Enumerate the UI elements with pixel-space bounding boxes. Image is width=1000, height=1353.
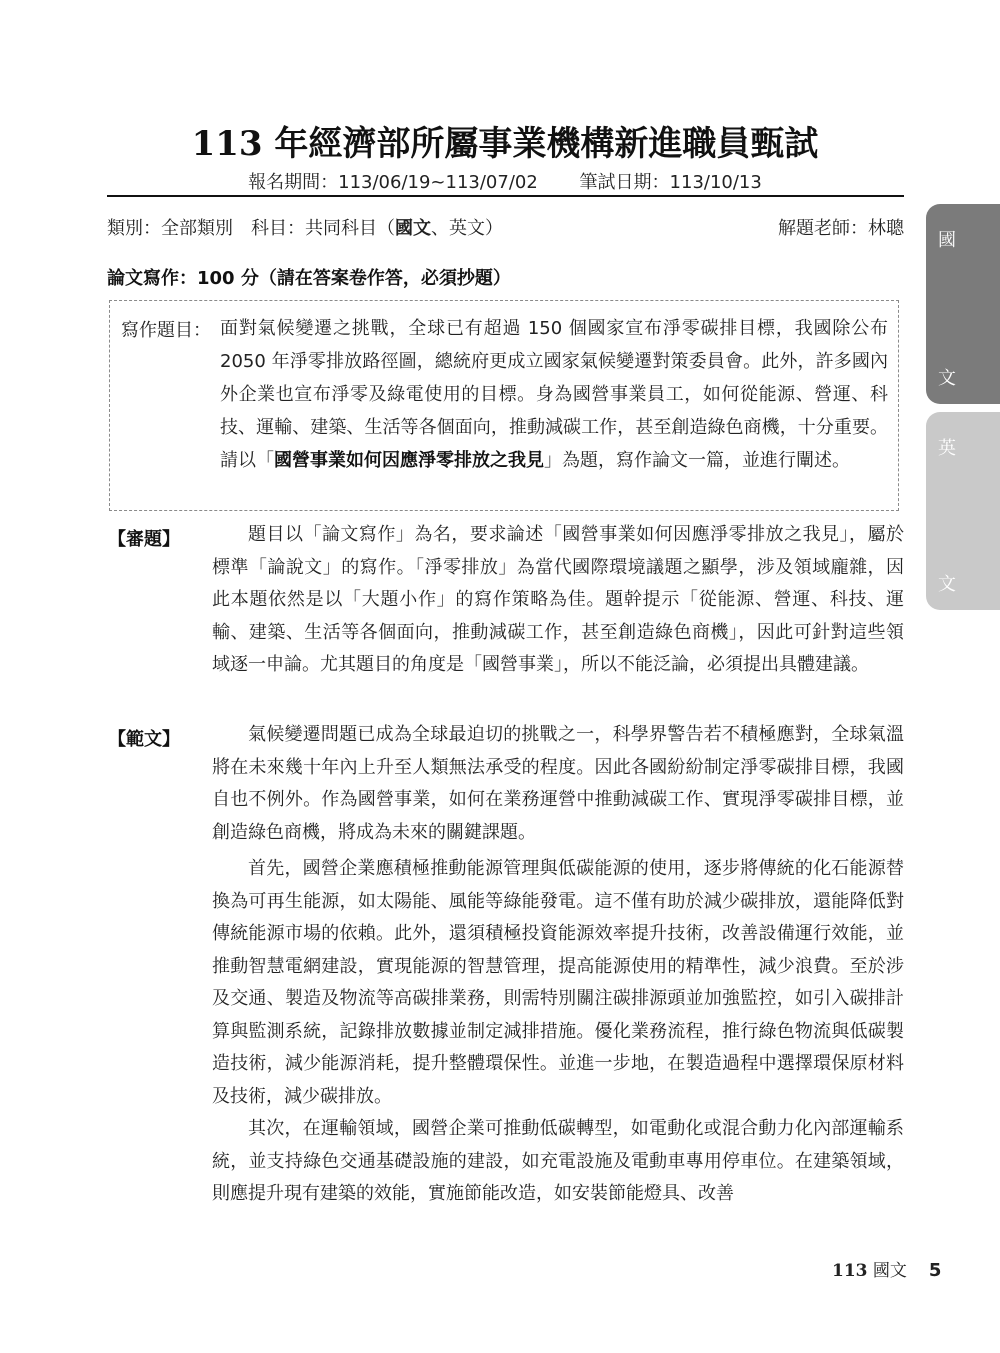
prompt-text-after: 」為題，寫作論文一篇，並進行闡述。 [544,450,850,471]
page-number: 5 [929,1260,942,1281]
side-tab-chinese-top: 國 [938,226,956,252]
essay-paragraph-2: 首先，國營企業應積極推動能源管理與低碳能源的使用，逐步將傳統的化石能源替換為可再… [212,853,904,1113]
essay-paragraph-3: 其次，在運輸領域，國營企業可推動低碳轉型，如電動化或混合動力化內部運輸系統，並支… [212,1113,904,1211]
footer-label: 113 國文 [832,1256,907,1281]
category-subject: 類別：全部類別 科目：共同科目（國文、英文） [107,214,503,240]
analysis-paragraph: 題目以「論文寫作」為名，要求論述「國營事業如何因應淨零排放之我見」，屬於標準「論… [212,519,904,682]
side-tab-chinese[interactable]: 國 文 [926,204,1000,404]
prompt-text: 面對氣候變遷之挑戰，全球已有超過 150 個國家宣布淨零碳排目標，我國除公布 2… [220,312,888,477]
exam-date: 筆試日期：113/10/13 [580,172,762,193]
side-tab-english-top: 英 [938,434,956,460]
registration-period: 報名期間：113/06/19~113/07/02 [248,172,538,193]
page-footer: 113 國文 5 [832,1256,941,1281]
header-divider [107,195,904,197]
prompt-title-bold: 國營事業如何因應淨零排放之我見 [274,450,544,471]
side-tab-english[interactable]: 英 文 [926,412,1000,610]
subject-rest: 、英文） [431,218,503,239]
side-tab-english-bottom: 文 [938,570,956,596]
essay-paragraph-1: 氣候變遷問題已成為全球最迫切的挑戰之一，科學界警告若不積極應對，全球氣溫將在未來… [212,719,904,849]
category-label: 類別：全部類別 科目：共同科目（ [107,218,395,239]
subject-chinese: 國文 [395,218,431,239]
page-title: 113 年經濟部所屬事業機構新進職員甄試 [100,116,910,165]
analysis-tag: 【審題】 [108,525,180,551]
teacher: 解題老師：林聰 [778,214,904,240]
prompt-text-before: 面對氣候變遷之挑戰，全球已有超過 150 個國家宣布淨零碳排目標，我國除公布 2… [220,318,888,471]
exam-meta: 類別：全部類別 科目：共同科目（國文、英文） 解題老師：林聰 [107,214,904,240]
side-tab-chinese-bottom: 文 [938,364,956,390]
exam-dates: 報名期間：113/06/19~113/07/02 筆試日期：113/10/13 [100,168,910,194]
footer-subject: 國文 [873,1261,907,1281]
footer-year: 113 [832,1261,868,1281]
prompt-label: 寫作題目： [121,316,211,342]
section-heading: 論文寫作：100 分（請在答案卷作答，必須抄題） [107,264,511,290]
essay-tag: 【範文】 [108,725,180,751]
